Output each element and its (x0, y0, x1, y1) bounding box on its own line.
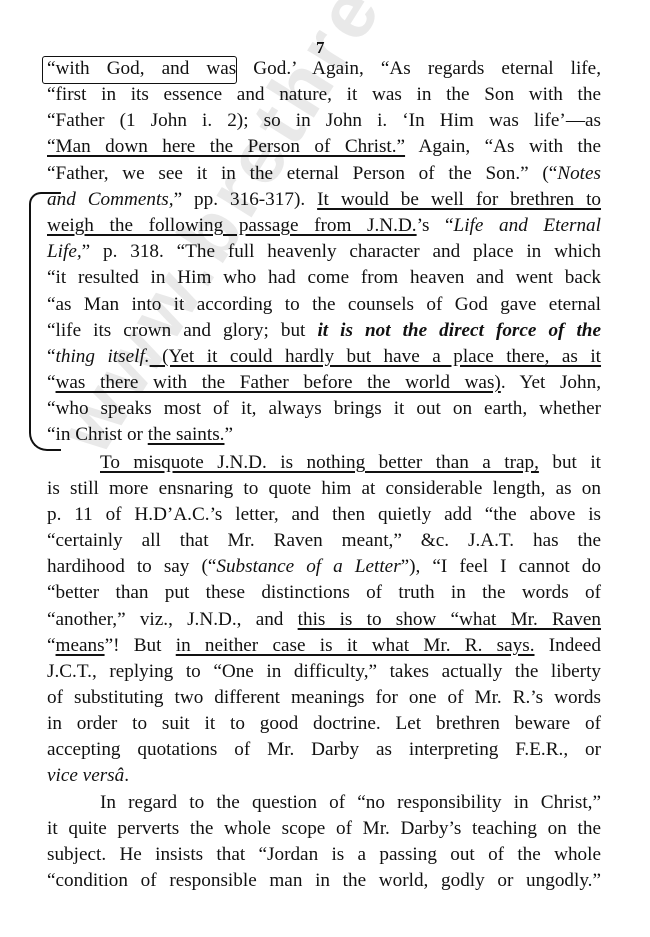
text-line: “another,” viz., J.N.D., and this is to … (47, 607, 601, 633)
text-line: p. 11 of H.D’A.C.’s letter, and then qui… (47, 502, 601, 528)
text-line: “Man down here the Person of Christ.” Ag… (47, 134, 601, 160)
text-line: “better than put these distinctions of t… (47, 580, 601, 606)
text-line: hardihood to say (“Substance of a Letter… (47, 554, 601, 580)
text-line: it quite perverts the whole scope of Mr.… (47, 816, 601, 842)
text-line: subject. He insists that “Jordan is a pa… (47, 842, 601, 868)
text-line: “it resulted in Him who had come from he… (47, 265, 601, 291)
text-line: To misquote J.N.D. is nothing better tha… (47, 450, 601, 476)
text-line: “first in its essence and nature, it was… (47, 82, 601, 108)
text-line: and Comments,” pp. 316-317). It would be… (47, 187, 601, 213)
text-line: of substituting two different meanings f… (47, 685, 601, 711)
text-line: “means”! But in neither case is it what … (47, 633, 601, 659)
page-number: 7 (316, 38, 325, 58)
text-line: accepting quotations of Mr. Darby as int… (47, 737, 601, 763)
text-line: “who speaks most of it, always brings it… (47, 396, 601, 422)
text-line: vice versâ. (47, 763, 601, 789)
text-line: weigh the following passage from J.N.D.’… (47, 213, 601, 239)
text-line: “as Man into it according to the counsel… (47, 292, 601, 318)
text-line: “with God, and was God.’ Again, “As rega… (47, 56, 601, 82)
text-line: “certainly all that Mr. Raven meant,” &c… (47, 528, 601, 554)
text-line: “thing itself. (Yet it could hardly but … (47, 344, 601, 370)
text-line: In regard to the question of “no respons… (47, 790, 601, 816)
text-line: in order to suit it to good doctrine. Le… (47, 711, 601, 737)
text-line: “life its crown and glory; but it is not… (47, 318, 601, 344)
text-line: is still more ensnaring to quote him at … (47, 476, 601, 502)
text-line: Life,” p. 318. “The full heavenly charac… (47, 239, 601, 265)
text-line: “Father, we see it in the eternal Person… (47, 161, 601, 187)
text-line: J.C.T., replying to “One in difficulty,”… (47, 659, 601, 685)
text-line: “was there with the Father before the wo… (47, 370, 601, 396)
text-line: “Father (1 John i. 2); so in John i. ‘In… (47, 108, 601, 134)
text-line: “condition of responsible man in the wor… (47, 868, 601, 894)
text-line: “in Christ or the saints.” (47, 422, 601, 448)
